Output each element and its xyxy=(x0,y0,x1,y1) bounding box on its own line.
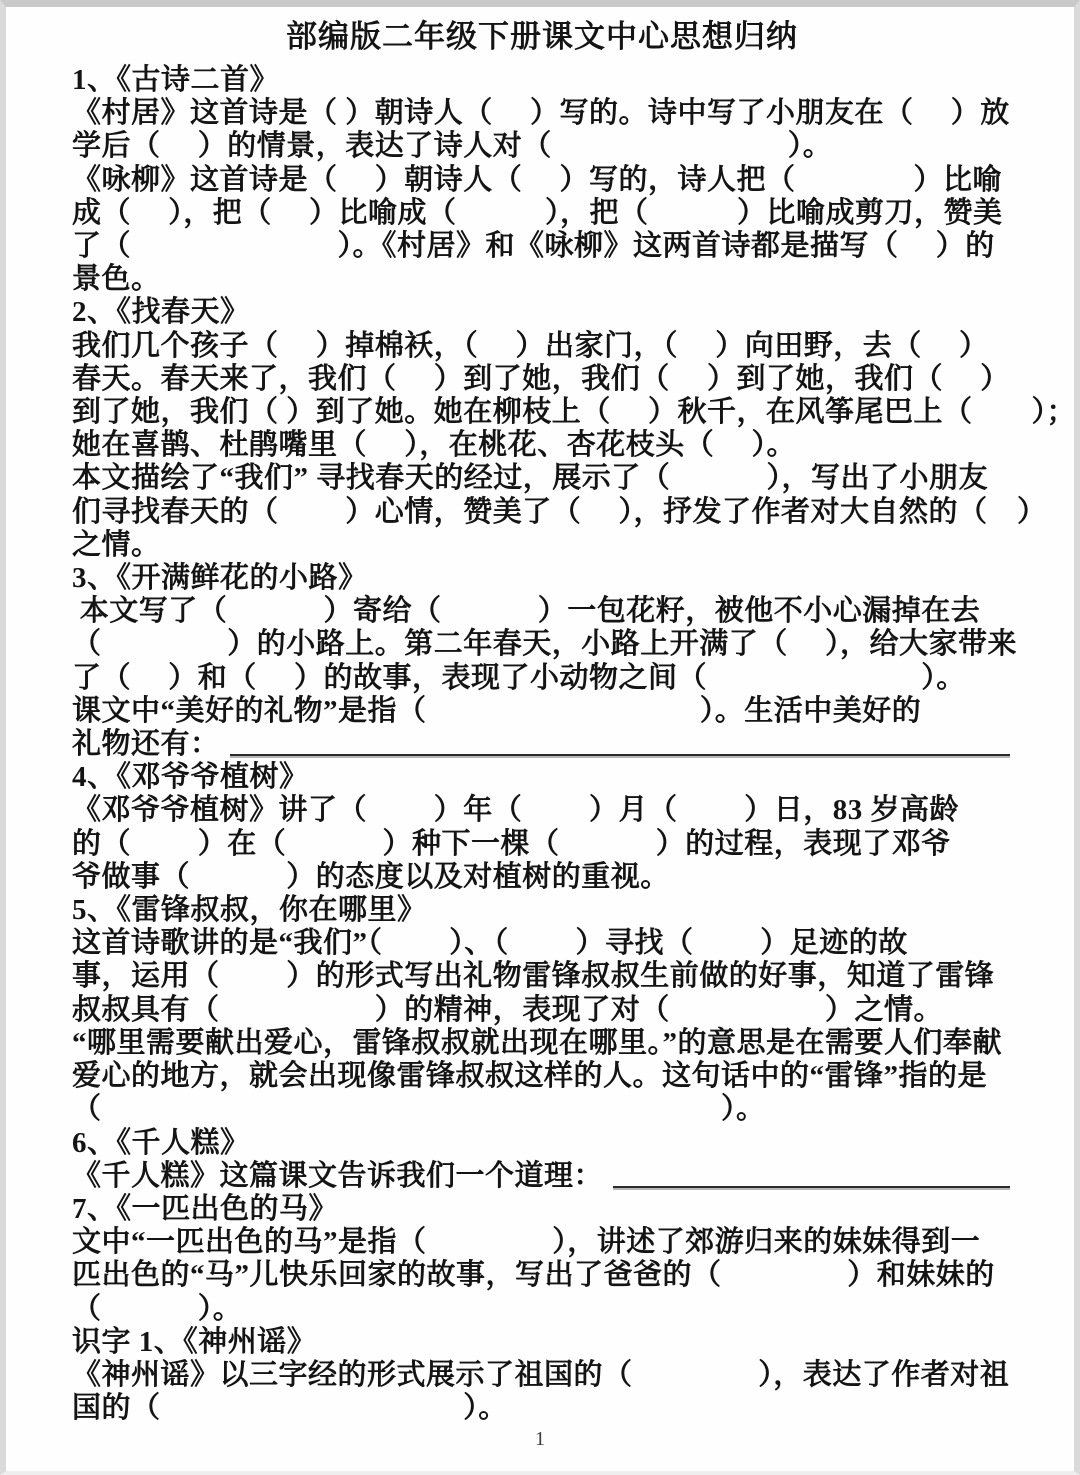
text-line: （ ）。 xyxy=(72,1093,1012,1126)
text-line: 《邓爷爷植树》讲了（ ）年（ ）月（ ）日，83 岁高龄 xyxy=(72,794,1012,827)
line-text: 4、《邓爷爷植树》 xyxy=(72,761,309,794)
line-text: 春天。春天来了，我们（ ）到了她，我们（ ）到了她，我们（ ） xyxy=(72,363,1010,396)
line-text: 《咏柳》这首诗是（ ）朝诗人（ ）写的，诗人把（ ）比喻 xyxy=(72,164,1002,197)
text-line: 的（ ）在（ ）种下一棵（ ）的过程，表现了邓爷 xyxy=(72,828,1012,861)
line-text: 景色。 xyxy=(72,263,161,296)
text-line: 国的（ ）。 xyxy=(72,1392,1012,1425)
line-text: 了（ ）和（ ）的故事，表现了小动物之间（ ）。 xyxy=(72,662,966,695)
document-body: 1、《古诗二首》 《村居》这首诗是（ ）朝诗人（ ）写的。诗中写了小朋友在（ ）… xyxy=(72,64,1012,1425)
line-text: （ ）。 xyxy=(72,1093,766,1126)
line-text: “哪里需要献出爱心，雷锋叔叔就出现在哪里。”的意思是在需要人们奉献 xyxy=(72,1027,1002,1060)
line-text: 她在喜鹊、杜鹃嘴里（ ），在桃花、杏花枝头（ ）。 xyxy=(72,429,796,462)
line-text: 爷做事（ ）的态度以及对植树的重视。 xyxy=(72,861,670,894)
line-text: 礼物还有： xyxy=(72,728,220,761)
text-line: 景色。 xyxy=(72,263,1012,296)
text-line: 本文描绘了“我们” 寻找春天的经过，展示了（ ），写出了小朋友 xyxy=(72,462,1012,495)
line-text: 1、《古诗二首》 xyxy=(72,64,279,97)
line-text: 3、《开满鲜花的小路》 xyxy=(72,562,368,595)
line-text: 2、《找春天》 xyxy=(72,296,250,329)
text-line: 她在喜鹊、杜鹃嘴里（ ），在桃花、杏花枝头（ ）。 xyxy=(72,429,1012,462)
text-line: 礼物还有： xyxy=(72,728,1012,761)
section-heading: 3、《开满鲜花的小路》 xyxy=(72,562,1012,595)
worksheet-page: 部编版二年级下册课文中心思想归纳 1、《古诗二首》 《村居》这首诗是（ ）朝诗人… xyxy=(0,0,1080,1475)
line-text: 识字 1、《神州谣》 xyxy=(72,1326,316,1359)
text-line: 叔叔具有（ ）的精神，表现了对（ ）之情。 xyxy=(72,994,1012,1027)
text-line: 了（ ）。《村居》和《咏柳》这两首诗都是描写（ ）的 xyxy=(72,230,1012,263)
text-line: 《千人糕》这篇课文告诉我们一个道理： xyxy=(72,1160,1012,1193)
text-line: 成（ ），把（ ）比喻成（ ），把（ ）比喻成剪刀，赞美 xyxy=(72,197,1012,230)
line-text: 学后（ ）的情景，表达了诗人对（ ）。 xyxy=(72,130,832,163)
section-heading: 5、《雷锋叔叔，你在哪里》 xyxy=(72,894,1012,927)
text-line: （ ）的小路上。第二年春天，小路上开满了（ ），给大家带来 xyxy=(72,628,1012,661)
page-number: 1 xyxy=(6,1428,1074,1451)
text-line: 爱心的地方，就会出现像雷锋叔叔这样的人。这句话中的“雷锋”指的是 xyxy=(72,1060,1012,1093)
line-text: 7、《一匹出色的马》 xyxy=(72,1193,338,1226)
text-line: 本文写了（ ）寄给（ ）一包花籽，被他不小心漏掉在去 xyxy=(72,595,1012,628)
line-text: 5、《雷锋叔叔，你在哪里》 xyxy=(72,894,427,927)
line-text: 本文写了（ ）寄给（ ）一包花籽，被他不小心漏掉在去 xyxy=(72,595,980,628)
line-text: 们寻找春天的（ ）心情，赞美了（ ），抒发了作者对大自然的（ ） xyxy=(72,496,1047,529)
text-line: 了（ ）和（ ）的故事，表现了小动物之间（ ）。 xyxy=(72,662,1012,695)
text-line: 事，运用（ ）的形式写出礼物雷锋叔叔生前做的好事，知道了雷锋 xyxy=(72,960,1012,993)
line-text: 《邓爷爷植树》讲了（ ）年（ ）月（ ）日，83 岁高龄 xyxy=(72,794,959,827)
text-line: 匹出色的“马”儿快乐回家的故事，写出了爸爸的（ ）和妹妹的 xyxy=(72,1259,1012,1292)
answer-blank-line xyxy=(613,1186,1010,1188)
text-line: 学后（ ）的情景，表达了诗人对（ ）。 xyxy=(72,130,1012,163)
text-line: 《咏柳》这首诗是（ ）朝诗人（ ）写的，诗人把（ ）比喻 xyxy=(72,164,1012,197)
text-line: 爷做事（ ）的态度以及对植树的重视。 xyxy=(72,861,1012,894)
text-line: 们寻找春天的（ ）心情，赞美了（ ），抒发了作者对大自然的（ ） xyxy=(72,496,1012,529)
section-heading: 4、《邓爷爷植树》 xyxy=(72,761,1012,794)
line-text: 这首诗歌讲的是“我们”（ ）、（ ）寻找（ ）足迹的故 xyxy=(72,927,908,960)
line-text: 的（ ）在（ ）种下一棵（ ）的过程，表现了邓爷 xyxy=(72,828,951,861)
line-text: 6、《千人糕》 xyxy=(72,1127,250,1160)
line-text: 叔叔具有（ ）的精神，表现了对（ ）之情。 xyxy=(72,994,943,1027)
line-text: 成（ ），把（ ）比喻成（ ），把（ ）比喻成剪刀，赞美 xyxy=(72,197,1003,230)
line-text: 事，运用（ ）的形式写出礼物雷锋叔叔生前做的好事，知道了雷锋 xyxy=(72,960,994,993)
section-heading: 识字 1、《神州谣》 xyxy=(72,1326,1012,1359)
line-text: 文中“一匹出色的马”是指（ ），讲述了郊游归来的妹妹得到一 xyxy=(72,1226,980,1259)
line-text: （ ）。 xyxy=(72,1293,242,1326)
section-heading: 2、《找春天》 xyxy=(72,296,1012,329)
line-text: 爱心的地方，就会出现像雷锋叔叔这样的人。这句话中的“雷锋”指的是 xyxy=(72,1060,987,1093)
line-text: 到了她，我们（ ）到了她。她在柳枝上（ ）秋千，在风筝尾巴上（ ）； xyxy=(72,396,1076,429)
line-text: 匹出色的“马”儿快乐回家的故事，写出了爸爸的（ ）和妹妹的 xyxy=(72,1259,995,1292)
line-text: 之情。 xyxy=(72,529,161,562)
text-line: （ ）。 xyxy=(72,1293,1012,1326)
text-line: 我们几个孩子（ ）掉棉袄，（ ）出家门，（ ）向田野，去（ ） xyxy=(72,330,1012,363)
page-title: 部编版二年级下册课文中心思想归纳 xyxy=(72,17,1012,57)
line-text: 《神州谣》以三字经的形式展示了祖国的（ ），表达了作者对祖 xyxy=(72,1359,1009,1392)
text-line: 《村居》这首诗是（ ）朝诗人（ ）写的。诗中写了小朋友在（ ）放 xyxy=(72,97,1012,130)
line-text: （ ）的小路上。第二年春天，小路上开满了（ ），给大家带来 xyxy=(72,628,1017,661)
answer-blank-line xyxy=(230,754,1010,756)
line-text: 国的（ ）。 xyxy=(72,1392,508,1425)
line-text: 课文中“美好的礼物”是指（ ）。生活中美好的 xyxy=(72,695,921,728)
text-line: “哪里需要献出爱心，雷锋叔叔就出现在哪里。”的意思是在需要人们奉献 xyxy=(72,1027,1012,1060)
line-text: 《千人糕》这篇课文告诉我们一个道理： xyxy=(72,1160,603,1193)
line-text: 了（ ）。《村居》和《咏柳》这两首诗都是描写（ ）的 xyxy=(72,230,995,263)
line-text: 本文描绘了“我们” 寻找春天的经过，展示了（ ），写出了小朋友 xyxy=(72,462,988,495)
line-text: 《村居》这首诗是（ ）朝诗人（ ）写的。诗中写了小朋友在（ ）放 xyxy=(72,97,1010,130)
text-line: 之情。 xyxy=(72,529,1012,562)
text-line: 文中“一匹出色的马”是指（ ），讲述了郊游归来的妹妹得到一 xyxy=(72,1226,1012,1259)
section-heading: 6、《千人糕》 xyxy=(72,1127,1012,1160)
text-line: 课文中“美好的礼物”是指（ ）。生活中美好的 xyxy=(72,695,1012,728)
section-heading: 7、《一匹出色的马》 xyxy=(72,1193,1012,1226)
line-text: 我们几个孩子（ ）掉棉袄，（ ）出家门，（ ）向田野，去（ ） xyxy=(72,330,989,363)
text-line: 《神州谣》以三字经的形式展示了祖国的（ ），表达了作者对祖 xyxy=(72,1359,1012,1392)
text-line: 春天。春天来了，我们（ ）到了她，我们（ ）到了她，我们（ ） xyxy=(72,363,1012,396)
text-line: 到了她，我们（ ）到了她。她在柳枝上（ ）秋千，在风筝尾巴上（ ）； xyxy=(72,396,1012,429)
section-heading: 1、《古诗二首》 xyxy=(72,64,1012,97)
text-line: 这首诗歌讲的是“我们”（ ）、（ ）寻找（ ）足迹的故 xyxy=(72,927,1012,960)
